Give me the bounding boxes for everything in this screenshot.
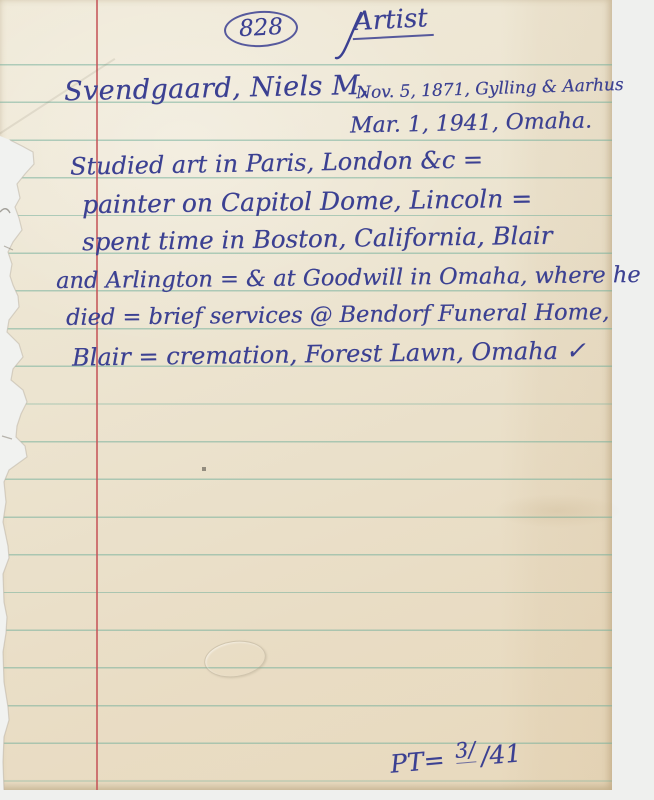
citation-label: PT= — [389, 745, 446, 779]
citation-date: /41 — [480, 738, 523, 770]
scanned-notebook-card: 828 Artist Svendgaard, Niels M, Nov. 5, … — [0, 0, 654, 800]
paper-stain — [492, 494, 622, 528]
paper-speck — [202, 467, 206, 471]
entry-name: Svendgaard, Niels M, — [64, 71, 369, 107]
category-heading: Artist — [351, 3, 433, 40]
torn-edge — [0, 0, 60, 800]
note-line: painter on Capitol Dome, Lincoln = — [82, 185, 532, 219]
citation-numerator: 3/ — [454, 737, 477, 764]
margin-line — [96, 0, 98, 790]
death-date: Mar. 1, 1941, Omaha. — [350, 109, 592, 138]
